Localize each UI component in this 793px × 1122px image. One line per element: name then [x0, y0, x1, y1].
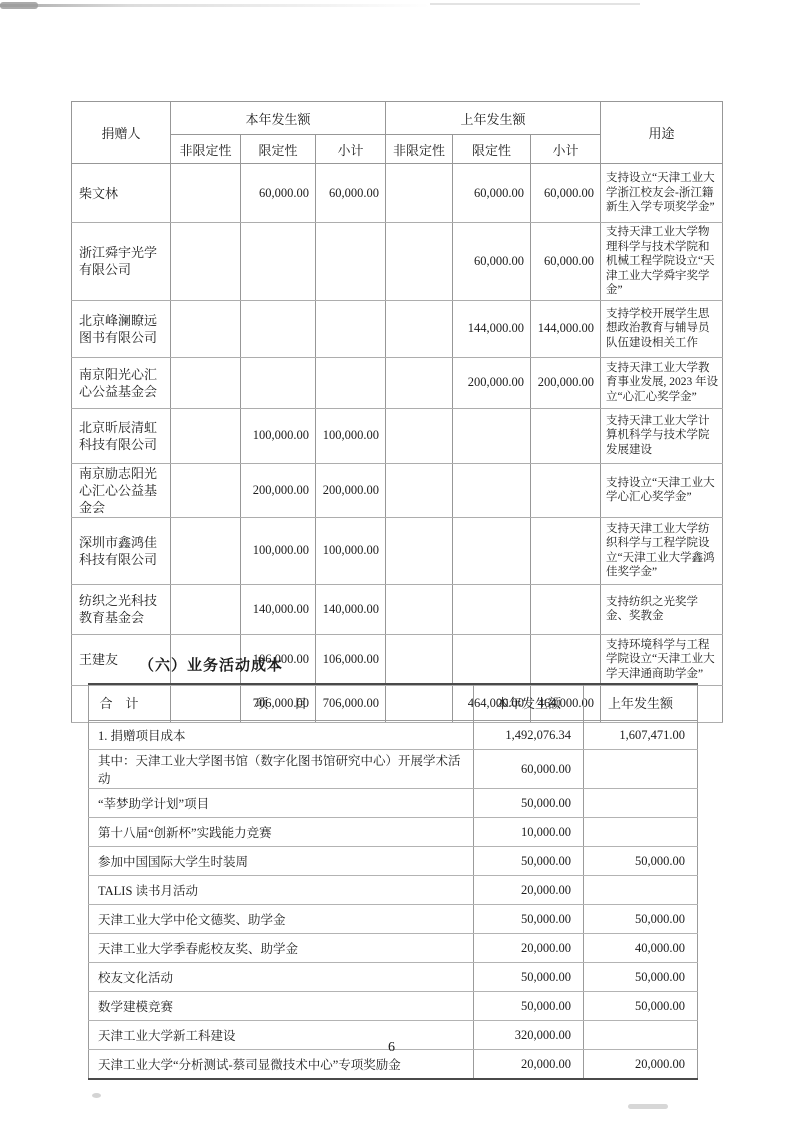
current-year-cell: 1,492,076.34 [474, 721, 584, 750]
prior-year-cell [584, 818, 698, 847]
cy-unrestricted-cell [171, 357, 241, 408]
cy-restricted-cell: 100,000.00 [241, 517, 316, 584]
donor-name-cell: 南京阳光心汇心公益基金会 [72, 357, 171, 408]
py-subtotal-cell: 60,000.00 [531, 164, 601, 223]
py-unrestricted-cell [386, 164, 453, 223]
item-cell: 其中：天津工业大学图书馆（数字化图书馆研究中心）开展学术活动 [89, 750, 474, 789]
donor-name-cell: 北京昕辰清虹科技有限公司 [72, 408, 171, 463]
cost-table-row: 1. 捐赠项目成本 1,492,076.34 1,607,471.00 [89, 721, 698, 750]
donor-name-cell: 浙江舜宇光学有限公司 [72, 223, 171, 301]
col-header-item: 项 目 [89, 684, 474, 721]
py-restricted-cell: 60,000.00 [453, 164, 531, 223]
donation-table-group-header-row: 捐赠人 本年发生额 上年发生额 用途 [72, 102, 723, 135]
donor-name-cell: 柴文林 [72, 164, 171, 223]
donation-table-row: 柴文林 60,000.00 60,000.00 60,000.00 60,000… [72, 164, 723, 223]
py-restricted-cell [453, 463, 531, 517]
py-restricted-cell: 200,000.00 [453, 357, 531, 408]
item-cell: “莘梦助学计划”项目 [89, 789, 474, 818]
col-header-cy-subtotal: 小计 [316, 135, 386, 164]
current-year-cell: 60,000.00 [474, 750, 584, 789]
donor-name-cell: 北京峰澜瞭远图书有限公司 [72, 300, 171, 357]
current-year-cell: 20,000.00 [474, 876, 584, 905]
py-unrestricted-cell [386, 223, 453, 301]
item-cell: TALIS 读书月活动 [89, 876, 474, 905]
cy-subtotal-cell: 60,000.00 [316, 164, 386, 223]
current-year-cell: 50,000.00 [474, 789, 584, 818]
purpose-cell: 支持学校开展学生思想政治教育与辅导员队伍建设相关工作 [601, 300, 723, 357]
cost-table-row: 数学建模竞赛 50,000.00 50,000.00 [89, 992, 698, 1021]
donation-table-row: 北京昕辰清虹科技有限公司 100,000.00 100,000.00 支持天津工… [72, 408, 723, 463]
cost-table-row: 其中：天津工业大学图书馆（数字化图书馆研究中心）开展学术活动 60,000.00 [89, 750, 698, 789]
cost-table-row: “莘梦助学计划”项目 50,000.00 [89, 789, 698, 818]
cy-restricted-cell: 200,000.00 [241, 463, 316, 517]
cy-subtotal-cell [316, 357, 386, 408]
py-unrestricted-cell [386, 634, 453, 685]
prior-year-cell [584, 876, 698, 905]
donation-table-row: 纺织之光科技教育基金会 140,000.00 140,000.00 支持纺织之光… [72, 584, 723, 634]
cy-restricted-cell [241, 300, 316, 357]
py-restricted-cell: 144,000.00 [453, 300, 531, 357]
cy-unrestricted-cell [171, 584, 241, 634]
scan-artifact [0, 4, 430, 7]
purpose-cell: 支持天津工业大学纺织科学与工程学院设立“天津工业大学鑫鸿佳奖学金” [601, 517, 723, 584]
py-unrestricted-cell [386, 517, 453, 584]
prior-year-cell [584, 750, 698, 789]
donation-table-row: 南京励志阳光心汇心公益基金会 200,000.00 200,000.00 支持设… [72, 463, 723, 517]
py-subtotal-cell [531, 584, 601, 634]
purpose-cell: 支持设立“天津工业大学浙江校友会-浙江籍新生入学专项奖学金” [601, 164, 723, 223]
current-year-cell: 20,000.00 [474, 934, 584, 963]
py-unrestricted-cell [386, 357, 453, 408]
item-cell: 参加中国国际大学生时装周 [89, 847, 474, 876]
cost-table-row: 校友文化活动 50,000.00 50,000.00 [89, 963, 698, 992]
scan-artifact [0, 2, 38, 9]
current-year-cell: 50,000.00 [474, 905, 584, 934]
col-header-py-subtotal: 小计 [531, 135, 601, 164]
cy-subtotal-cell [316, 300, 386, 357]
current-year-cell: 50,000.00 [474, 992, 584, 1021]
py-unrestricted-cell [386, 584, 453, 634]
item-cell: 1. 捐赠项目成本 [89, 721, 474, 750]
current-year-cell: 50,000.00 [474, 847, 584, 876]
purpose-cell: 支持天津工业大学教育事业发展, 2023 年设立“心汇心奖学金” [601, 357, 723, 408]
scan-artifact [430, 3, 640, 5]
col-header-py-restricted: 限定性 [453, 135, 531, 164]
cost-table-row: 第十八届“创新杯”实践能力竞赛 10,000.00 [89, 818, 698, 847]
cy-restricted-cell: 100,000.00 [241, 408, 316, 463]
py-subtotal-cell: 144,000.00 [531, 300, 601, 357]
py-subtotal-cell [531, 463, 601, 517]
cy-unrestricted-cell [171, 463, 241, 517]
py-subtotal-cell [531, 517, 601, 584]
col-header-current-year: 本年发生额 [171, 102, 386, 135]
purpose-cell: 支持纺织之光奖学金、奖教金 [601, 584, 723, 634]
document-page: 捐赠人 本年发生额 上年发生额 用途 非限定性 限定性 小计 非限定性 限定性 … [0, 0, 793, 1122]
current-year-cell: 50,000.00 [474, 963, 584, 992]
cy-unrestricted-cell [171, 517, 241, 584]
donation-table-row: 深圳市鑫鸿佳科技有限公司 100,000.00 100,000.00 支持天津工… [72, 517, 723, 584]
donor-name-cell: 纺织之光科技教育基金会 [72, 584, 171, 634]
cy-restricted-cell [241, 357, 316, 408]
py-subtotal-cell: 60,000.00 [531, 223, 601, 301]
scan-artifact [92, 1093, 101, 1098]
col-header-prior-year-amount: 上年发生额 [584, 684, 698, 721]
cy-unrestricted-cell [171, 300, 241, 357]
py-restricted-cell [453, 584, 531, 634]
purpose-cell: 支持天津工业大学计算机科学与技术学院发展建设 [601, 408, 723, 463]
py-restricted-cell [453, 634, 531, 685]
prior-year-cell: 1,607,471.00 [584, 721, 698, 750]
item-cell: 天津工业大学中伦文德奖、助学金 [89, 905, 474, 934]
cost-table-row: 天津工业大学季春彪校友奖、助学金 20,000.00 40,000.00 [89, 934, 698, 963]
py-unrestricted-cell [386, 463, 453, 517]
prior-year-cell [584, 789, 698, 818]
cost-table-row: 天津工业大学中伦文德奖、助学金 50,000.00 50,000.00 [89, 905, 698, 934]
donor-name-cell: 南京励志阳光心汇心公益基金会 [72, 463, 171, 517]
cost-table-row: TALIS 读书月活动 20,000.00 [89, 876, 698, 905]
donor-name-cell: 深圳市鑫鸿佳科技有限公司 [72, 517, 171, 584]
donation-table-row: 浙江舜宇光学有限公司 60,000.00 60,000.00 支持天津工业大学物… [72, 223, 723, 301]
cy-subtotal-cell: 140,000.00 [316, 584, 386, 634]
scan-artifact [628, 1104, 668, 1109]
cy-restricted-cell [241, 223, 316, 301]
cy-subtotal-cell: 100,000.00 [316, 517, 386, 584]
col-header-current-year-amount: 本年发生额 [474, 684, 584, 721]
item-cell: 数学建模竞赛 [89, 992, 474, 1021]
cy-unrestricted-cell [171, 223, 241, 301]
prior-year-cell: 50,000.00 [584, 992, 698, 1021]
col-header-purpose: 用途 [601, 102, 723, 164]
py-restricted-cell [453, 517, 531, 584]
col-header-cy-restricted: 限定性 [241, 135, 316, 164]
current-year-cell: 10,000.00 [474, 818, 584, 847]
donation-table-row: 北京峰澜瞭远图书有限公司 144,000.00 144,000.00 支持学校开… [72, 300, 723, 357]
col-header-prior-year: 上年发生额 [386, 102, 601, 135]
donation-table: 捐赠人 本年发生额 上年发生额 用途 非限定性 限定性 小计 非限定性 限定性 … [71, 101, 723, 723]
page-number: 6 [0, 1040, 783, 1056]
item-cell: 第十八届“创新杯”实践能力竞赛 [89, 818, 474, 847]
purpose-cell: 支持天津工业大学物理科学与技术学院和机械工程学院设立“天津工业大学舜宇奖学金” [601, 223, 723, 301]
item-cell: 校友文化活动 [89, 963, 474, 992]
col-header-cy-unrestricted: 非限定性 [171, 135, 241, 164]
col-header-py-unrestricted: 非限定性 [386, 135, 453, 164]
py-unrestricted-cell [386, 408, 453, 463]
item-cell: 天津工业大学季春彪校友奖、助学金 [89, 934, 474, 963]
py-restricted-cell [453, 408, 531, 463]
cy-subtotal-cell: 200,000.00 [316, 463, 386, 517]
py-subtotal-cell [531, 408, 601, 463]
col-header-donor: 捐赠人 [72, 102, 171, 164]
cy-subtotal-cell: 106,000.00 [316, 634, 386, 685]
py-subtotal-cell [531, 634, 601, 685]
cost-table-row: 参加中国国际大学生时装周 50,000.00 50,000.00 [89, 847, 698, 876]
cy-subtotal-cell [316, 223, 386, 301]
cy-unrestricted-cell [171, 408, 241, 463]
cy-unrestricted-cell [171, 164, 241, 223]
prior-year-cell: 50,000.00 [584, 905, 698, 934]
section-title: （六）业务活动成本 [139, 654, 283, 675]
donation-table-row: 南京阳光心汇心公益基金会 200,000.00 200,000.00 支持天津工… [72, 357, 723, 408]
purpose-cell: 支持设立“天津工业大学心汇心奖学金” [601, 463, 723, 517]
cost-table: 项 目 本年发生额 上年发生额 1. 捐赠项目成本 1,492,076.34 1… [88, 683, 698, 1080]
py-subtotal-cell: 200,000.00 [531, 357, 601, 408]
cost-table-header-row: 项 目 本年发生额 上年发生额 [89, 684, 698, 721]
prior-year-cell: 40,000.00 [584, 934, 698, 963]
prior-year-cell: 50,000.00 [584, 963, 698, 992]
py-restricted-cell: 60,000.00 [453, 223, 531, 301]
purpose-cell: 支持环境科学与工程学院设立“天津工业大学天津通商助学金” [601, 634, 723, 685]
cy-restricted-cell: 140,000.00 [241, 584, 316, 634]
cy-subtotal-cell: 100,000.00 [316, 408, 386, 463]
py-unrestricted-cell [386, 300, 453, 357]
cy-restricted-cell: 60,000.00 [241, 164, 316, 223]
prior-year-cell: 50,000.00 [584, 847, 698, 876]
